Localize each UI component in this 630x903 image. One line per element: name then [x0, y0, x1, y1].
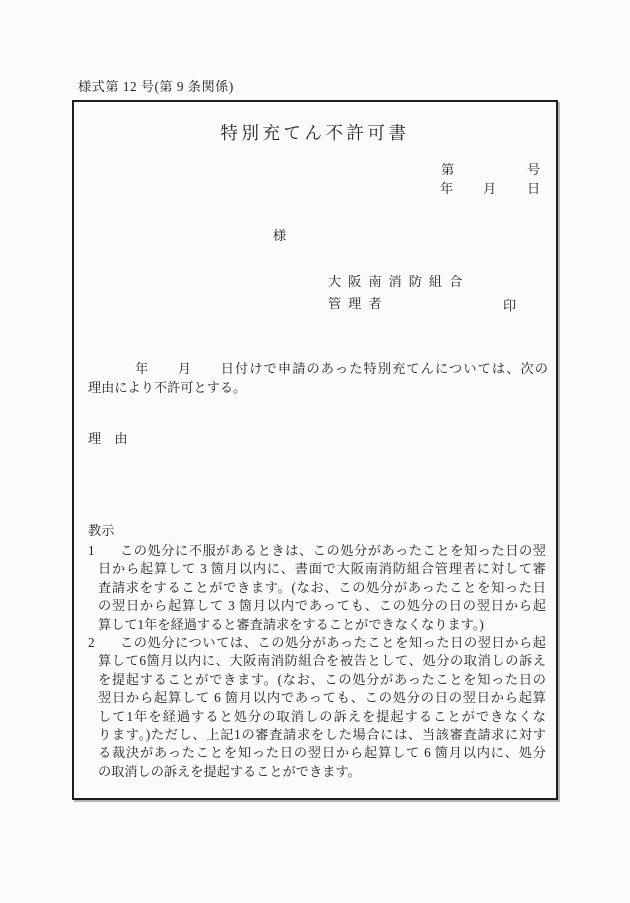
- instruction-item-2-line-6: ります。)ただし、上記1の審査請求をした場合には、当該審査請求に対す: [88, 726, 546, 744]
- date-year-label: 年: [440, 178, 453, 197]
- issuer-organization: 大阪南消防組合: [328, 271, 469, 290]
- doc-number-suffix: 号: [527, 159, 540, 178]
- instructions-heading: 教示: [88, 520, 114, 539]
- doc-number-prefix: 第: [441, 159, 454, 178]
- document-border-box: 特別充てん不許可書 第 号 年 月 日 様 大阪南消防組合 管理者 印 年 月 …: [72, 100, 558, 800]
- instruction-text: この処分に不服があるときは、この処分があったことを知った日の翌: [120, 542, 546, 560]
- list-number: 1: [88, 542, 120, 560]
- instruction-item-2-line-1: 2 この処分については、この処分があったことを知った日の翌日から起: [88, 634, 546, 652]
- instruction-item-1-line-4: の翌日から起算して 3 箇月以内であっても、この処分の日の翌日から起: [88, 597, 546, 615]
- instruction-item-2-line-5: して1年を経過すると処分の取消しの訴えを提起することができなくな: [88, 708, 546, 726]
- instruction-item-1-line-2: 日から起算して 3 箇月以内に、書面で大阪南消防組合管理者に対して審: [88, 560, 546, 578]
- instruction-item-1-line-3: 査請求をすることができます。(なお、この処分があったことを知った日: [88, 579, 546, 597]
- instruction-text: この処分については、この処分があったことを知った日の翌日から起: [120, 634, 546, 652]
- list-number: 2: [88, 634, 120, 652]
- instruction-item-2-line-4: 翌日から起算して 6 箇月以内であっても、この処分の日の翌日から起算: [88, 689, 546, 707]
- document-title: 特別充てん不許可書: [74, 120, 556, 145]
- body-paragraph-line-1: 年 月 日付けで申請のあった特別充てんについては、次の: [135, 360, 548, 378]
- instruction-item-2-line-2: 算して6箇月以内に、大阪南消防組合を被告として、処分の取消しの訴え: [88, 652, 546, 670]
- instruction-item-1-line-1: 1 この処分に不服があるときは、この処分があったことを知った日の翌: [88, 542, 546, 560]
- reason-label: 理 由: [88, 428, 128, 447]
- addressee-honorific: 様: [273, 225, 286, 244]
- date-month-label: 月: [483, 178, 496, 197]
- form-number-label: 様式第 12 号(第 9 条関係): [78, 76, 234, 95]
- instruction-item-2-line-8: の取消しの訴えを提起することができます。: [88, 763, 546, 781]
- body-paragraph-line-2: 理由により不許可とする。: [88, 379, 246, 397]
- instruction-item-1-line-5: 算して1年を経過すると審査請求をすることができなくなります。): [88, 616, 546, 634]
- instruction-item-2-line-3: を提起することができます。(なお、この処分があったことを知った日の: [88, 671, 546, 689]
- page: { "page": { "form_label": "様式第 12 号(第 9 …: [0, 0, 630, 903]
- seal-mark: 印: [503, 295, 516, 314]
- issuer-title: 管理者: [328, 293, 389, 312]
- instructions-list: 1 この処分に不服があるときは、この処分があったことを知った日の翌 日から起算し…: [88, 542, 546, 781]
- date-day-label: 日: [527, 178, 540, 197]
- instruction-item-2-line-7: る裁決があったことを知った日の翌日から起算して 6 箇月以内に、処分: [88, 744, 546, 762]
